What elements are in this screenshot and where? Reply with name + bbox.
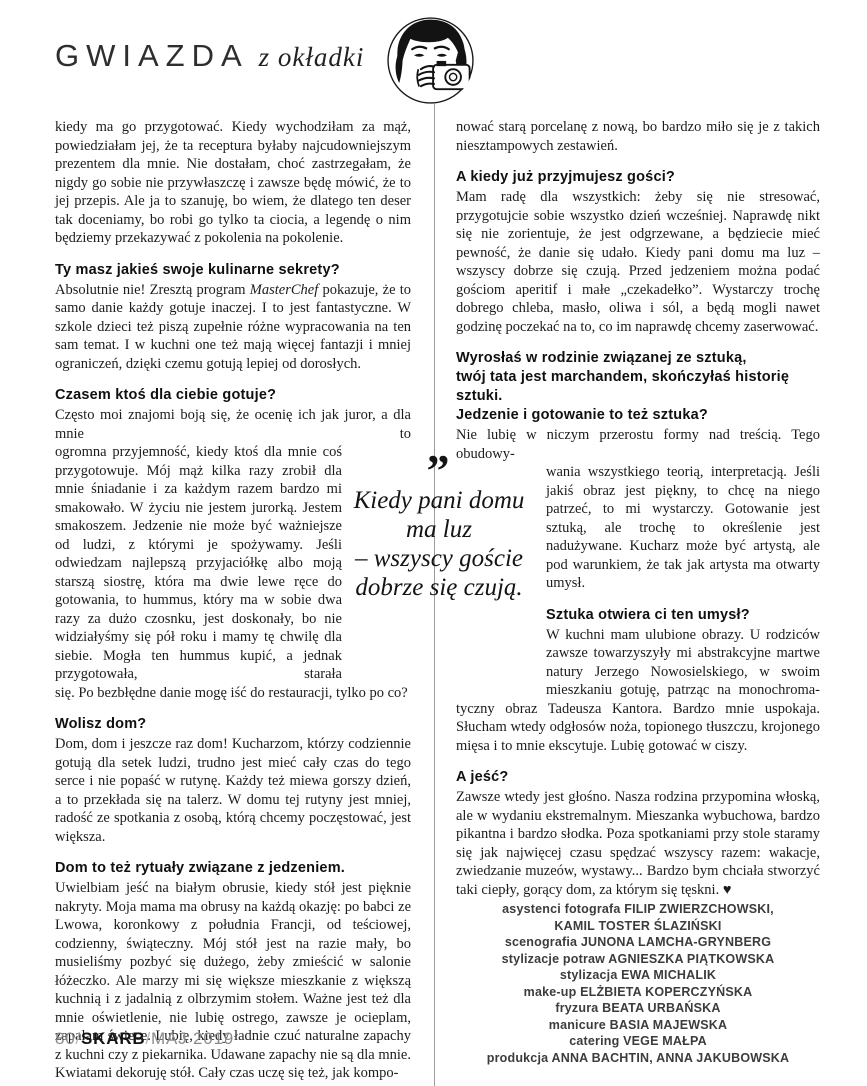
credit-line: asystenci fotografa FILIP ZWIERZCHOWSKI, <box>456 901 820 918</box>
question-otwarty-umysl: Sztuka otwiera ci ten umysł? <box>546 606 820 625</box>
intro-paragraph-continued: nować starą porcelanę z nową, bo bardzo … <box>456 118 820 155</box>
answer-otwarty-umysl-narrow: W kuchni mam ulubione obrazy. U rodziców… <box>546 626 820 700</box>
answer-sztuka-narrow: wania wszystkiego teorią, interpretacją.… <box>546 463 820 593</box>
credit-line: KAMIL TOSTER ŚLAZIŃSKI <box>456 918 820 935</box>
credit-line: make-up ELŻBIETA KOPERCZYŃSKA <box>456 984 820 1001</box>
credit-line: produkcja ANNA BACHTIN, ANNA JAKUBOWSKA <box>456 1050 820 1067</box>
intro-paragraph: kiedy ma go przygotować. Kiedy wychodził… <box>55 118 411 248</box>
answer-wolisz-dom: Dom, dom i jeszcze raz dom! Kucharzom, k… <box>55 735 411 846</box>
page-footer: 80/SKARB/MAJ 2019 <box>55 1029 234 1049</box>
question-a-jesc: A jeść? <box>456 768 820 787</box>
question-wolisz-dom: Wolisz dom? <box>55 715 411 734</box>
question-kulinarne-sekrety: Ty masz jakieś swoje kulinarne sekrety? <box>55 261 411 280</box>
right-column: nować starą porcelanę z nową, bo bardzo … <box>456 118 820 899</box>
answer-ktos-gotuje-wide-end: się. Po bezbłędne danie mogę iść do rest… <box>55 684 411 703</box>
section-header: GWIAZDAz okładki <box>55 38 364 74</box>
cover-girl-illustration <box>387 17 474 104</box>
question-rodzina-sztuka: Wyrosłaś w rodzinie związanej ze sztuką,… <box>456 349 820 425</box>
answer-rytualy: Uwielbiam jeść na białym obrusie, kiedy … <box>55 879 411 1083</box>
question-ktos-gotuje: Czasem ktoś dla ciebie gotuje? <box>55 386 411 405</box>
magazine-page: GWIAZDAz okładki ” Kiedy pani domu ma lu… <box>0 0 867 1086</box>
answer-ktos-gotuje-wide-start: Często moi znajomi boją się, że ocenię i… <box>55 406 411 443</box>
magazine-name: SKARB <box>81 1029 145 1048</box>
issue-date: MAJ 2019 <box>151 1029 234 1048</box>
credit-line: stylizacje potraw AGNIESZKA PIĄTKOWSKA <box>456 951 820 968</box>
question-przyjmujesz-gosci: A kiedy już przyjmujesz gości? <box>456 168 820 187</box>
credit-line: catering VEGE MAŁPA <box>456 1033 820 1050</box>
question-line: Wyrosłaś w rodzinie związanej ze sztuką, <box>456 349 820 368</box>
credit-line: scenografia JUNONA LAMCHA-GRYNBERG <box>456 934 820 951</box>
answer-a-jesc: Zawsze wtedy jest głośno. Nasza rodzina … <box>456 788 820 899</box>
question-rytualy: Dom to też rytuały związane z jedzeniem. <box>55 859 411 878</box>
answer-text: Absolutnie nie! Zresztą program <box>55 282 250 298</box>
answer-ktos-gotuje-narrow: ogromna przyjemność, kiedy ktoś dla mnie… <box>55 443 342 684</box>
answer-sztuka-wide-start: Nie lubię w niczym przerostu formy nad t… <box>456 426 820 463</box>
left-column: kiedy ma go przygotować. Kiedy wychodził… <box>55 118 411 1083</box>
camera-woman-icon <box>387 17 474 104</box>
question-line: twój tata jest marchandem, skończyłaś hi… <box>456 368 820 406</box>
page-number: 80 <box>55 1029 76 1048</box>
credit-line: fryzura BEATA URBAŃSKA <box>456 1000 820 1017</box>
section-subtitle: z okładki <box>259 42 365 72</box>
question-line: Jedzenie i gotowanie to też sztuka? <box>456 406 820 425</box>
masterchef-italic: MasterChef <box>250 282 318 298</box>
answer-otwarty-umysl-wide-end: tyczny obraz Tadeusza Kantora. Bardzo mn… <box>456 700 820 756</box>
answer-kulinarne-sekrety: Absolutnie nie! Zresztą program MasterCh… <box>55 281 411 374</box>
credit-line: stylizacja EWA MICHALIK <box>456 967 820 984</box>
section-title: GWIAZDA <box>55 38 249 73</box>
answer-przyjmujesz-gosci: Mam radę dla wszystkich: żeby się nie st… <box>456 188 820 336</box>
photo-credits: asystenci fotografa FILIP ZWIERZCHOWSKI,… <box>456 901 820 1066</box>
credit-line: manicure BASIA MAJEWSKA <box>456 1017 820 1034</box>
